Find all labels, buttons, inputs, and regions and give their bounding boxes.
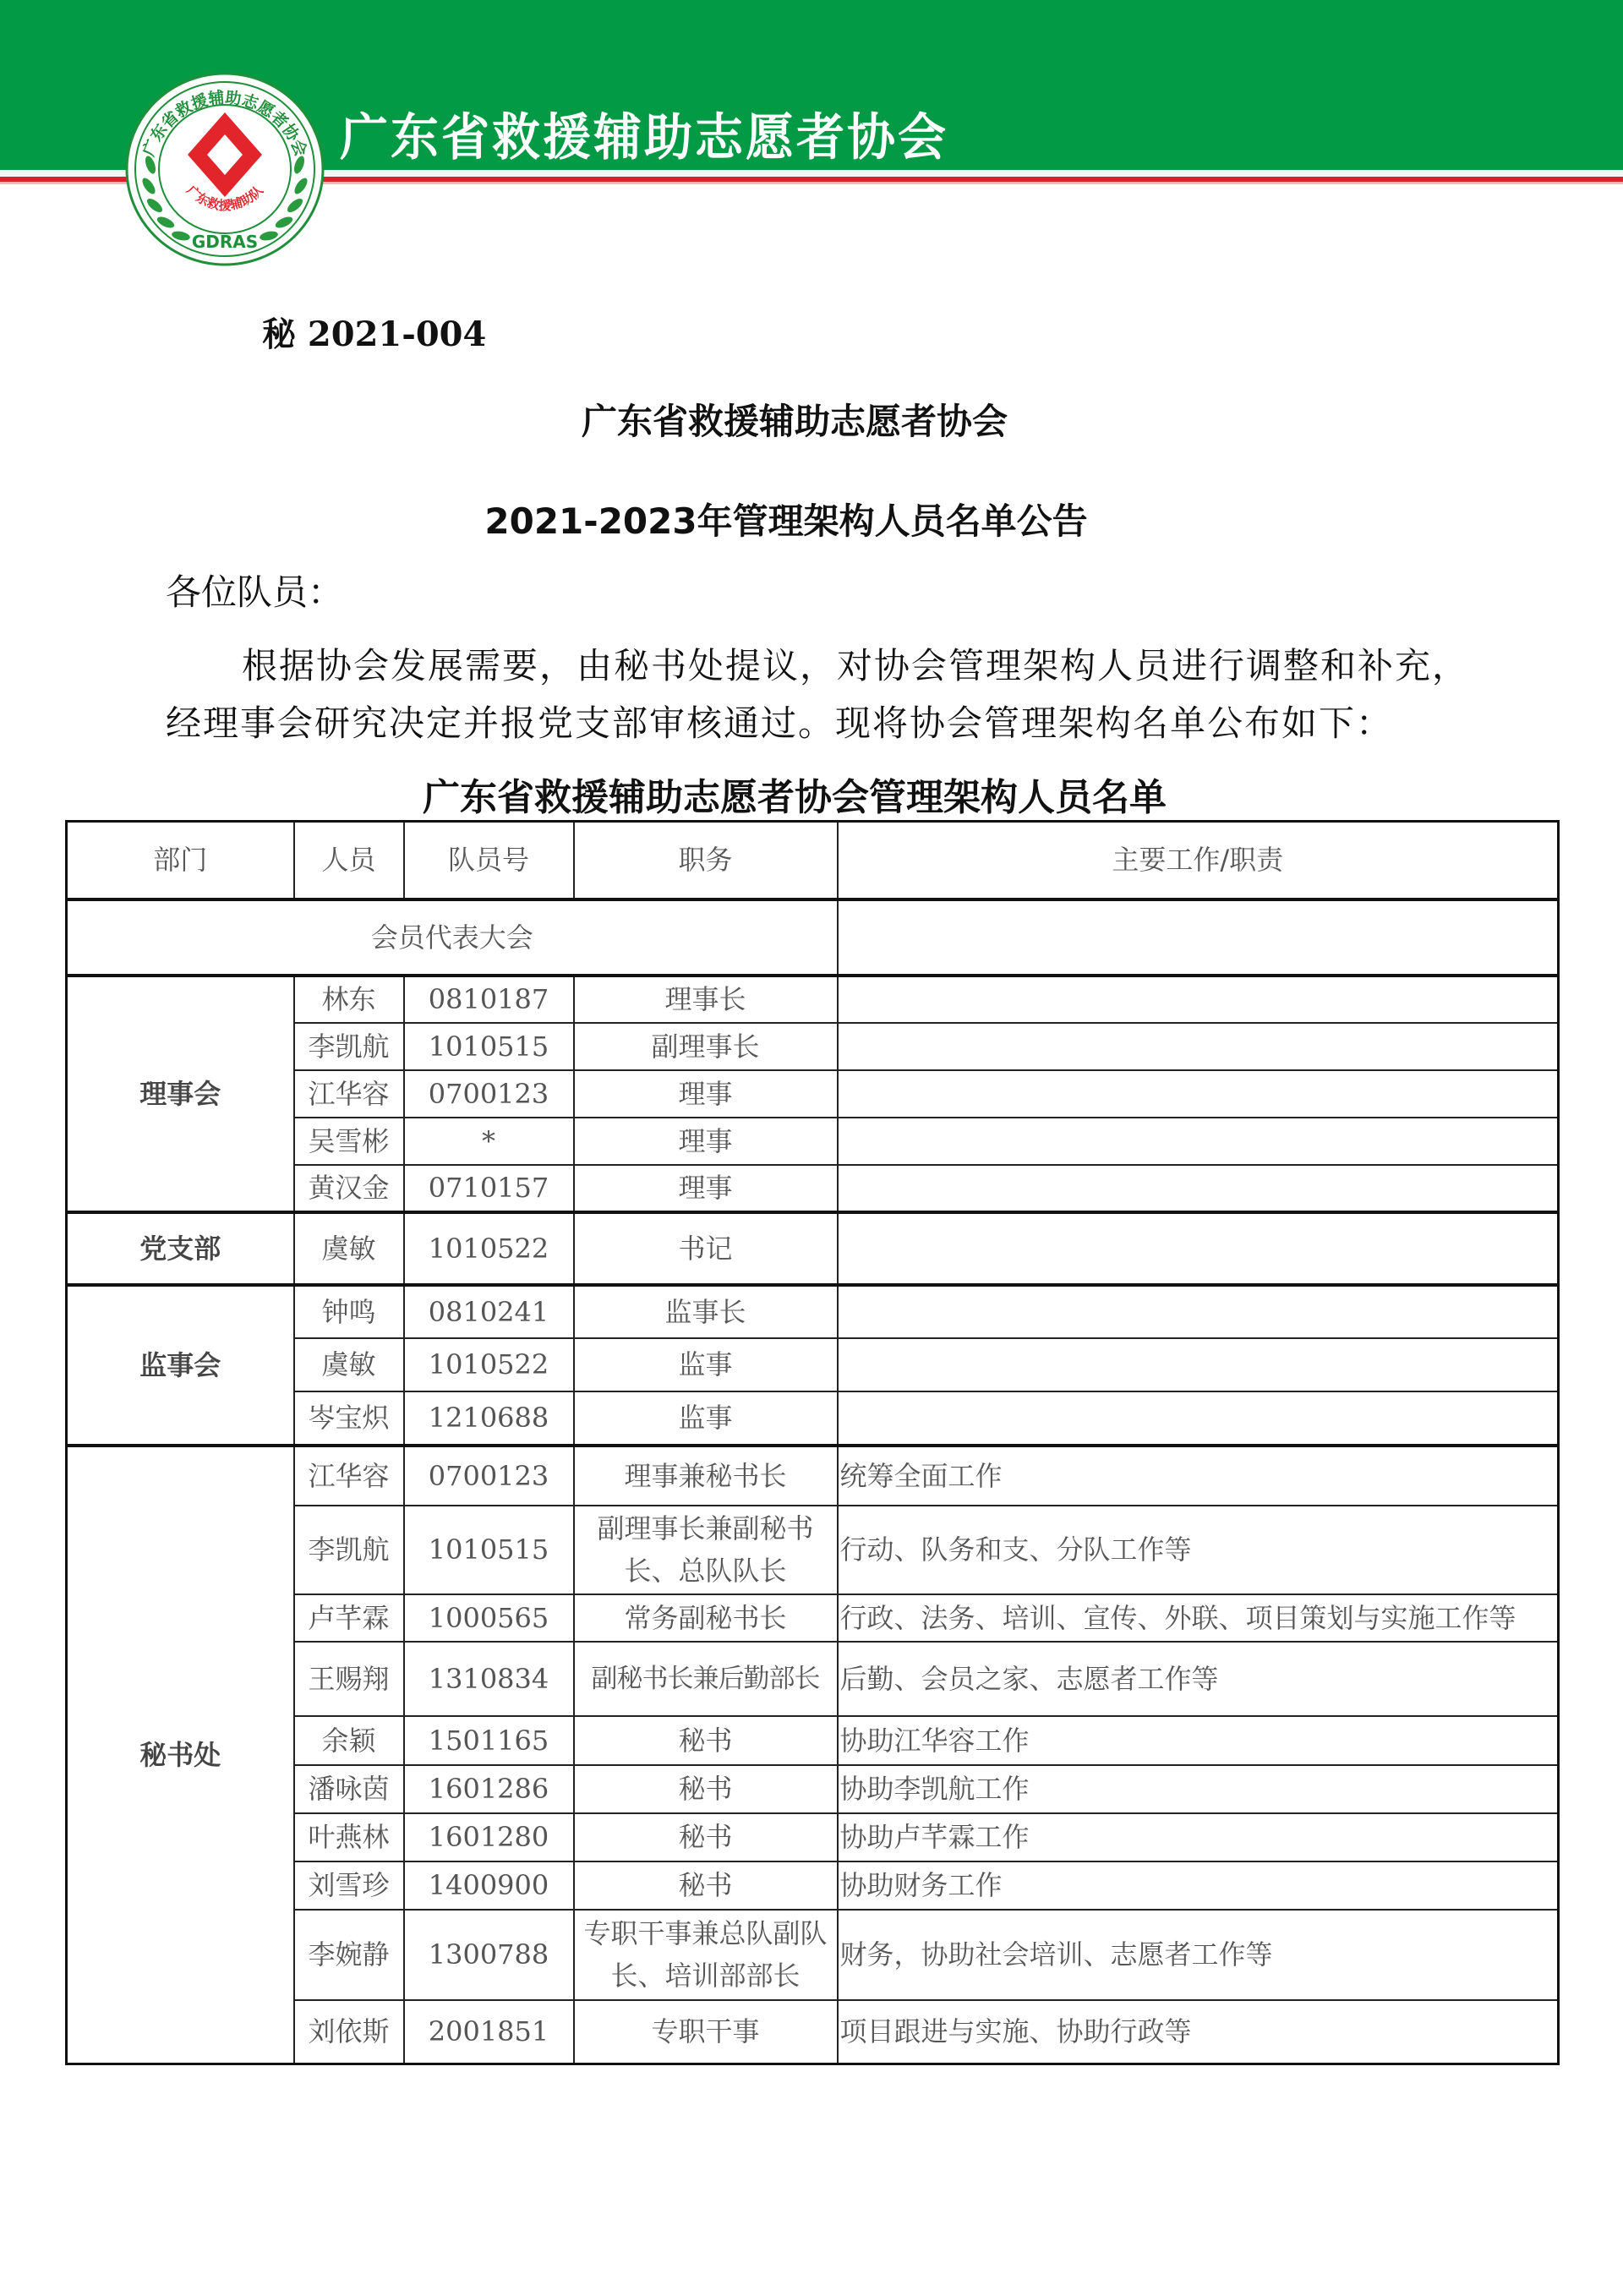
member-id: 1010522 bbox=[404, 1338, 574, 1391]
position: 秘书 bbox=[574, 1765, 838, 1813]
person-name: 林东 bbox=[294, 976, 404, 1023]
department-secretariat: 秘书处 bbox=[67, 1446, 294, 2064]
duty: 协助财务工作 bbox=[838, 1861, 1559, 1910]
person-name: 刘雪珍 bbox=[294, 1861, 404, 1910]
member-id: 1400900 bbox=[404, 1861, 574, 1910]
position: 专职干事兼总队副队长、培训部部长 bbox=[574, 1910, 838, 2000]
position: 监事 bbox=[574, 1391, 838, 1446]
duty bbox=[838, 1023, 1559, 1070]
member-id: 1601280 bbox=[404, 1813, 574, 1861]
person-name: 刘依斯 bbox=[294, 2000, 404, 2064]
person-name: 李凯航 bbox=[294, 1023, 404, 1070]
duty bbox=[838, 1391, 1559, 1446]
table-header-row: 部门 人员 队员号 职务 主要工作/职责 bbox=[67, 822, 1559, 899]
person-name: 虞敏 bbox=[294, 1212, 404, 1285]
assembly-duty bbox=[838, 899, 1559, 976]
member-id: 1010522 bbox=[404, 1212, 574, 1285]
duty: 项目跟进与实施、协助行政等 bbox=[838, 2000, 1559, 2064]
member-id: 0700123 bbox=[404, 1070, 574, 1118]
position: 专职干事 bbox=[574, 2000, 838, 2064]
gdras-logo-icon: 广东省救援辅助志愿者协会 广东救援辅助队 GDRAS bbox=[125, 72, 325, 266]
table-row: 理事会 林东 0810187 理事长 bbox=[67, 976, 1559, 1023]
position: 副秘书长兼后勤部长 bbox=[574, 1642, 838, 1716]
table-row: 监事会 钟鸣 0810241 监事长 bbox=[67, 1285, 1559, 1338]
person-name: 余颖 bbox=[294, 1716, 404, 1765]
person-name: 潘咏茵 bbox=[294, 1765, 404, 1813]
duty bbox=[838, 1285, 1559, 1338]
header-member-id: 队员号 bbox=[404, 822, 574, 899]
assembly-row: 会员代表大会 bbox=[67, 899, 1559, 976]
member-id: 1601286 bbox=[404, 1765, 574, 1813]
person-name: 李婉静 bbox=[294, 1910, 404, 2000]
document-title-announcement: 2021-2023年管理架构人员名单公告 bbox=[0, 494, 1598, 544]
member-id: 0810241 bbox=[404, 1285, 574, 1338]
announcement-paragraph-text: 根据协会发展需要，由秘书处提议，对协会管理架构人员进行调整和补充，经理事会研究决… bbox=[166, 645, 1469, 744]
department-party-branch: 党支部 bbox=[67, 1212, 294, 1285]
table-row: 党支部 虞敏 1010522 书记 bbox=[67, 1212, 1559, 1285]
duty: 后勤、会员之家、志愿者工作等 bbox=[838, 1642, 1559, 1716]
duty: 协助卢芊霖工作 bbox=[838, 1813, 1559, 1861]
member-id: 0700123 bbox=[404, 1446, 574, 1506]
person-name: 虞敏 bbox=[294, 1338, 404, 1391]
position: 理事 bbox=[574, 1118, 838, 1165]
person-name: 江华容 bbox=[294, 1446, 404, 1506]
member-id: 1010515 bbox=[404, 1023, 574, 1070]
department-board: 理事会 bbox=[67, 976, 294, 1212]
header-duty: 主要工作/职责 bbox=[838, 822, 1559, 899]
person-name: 钟鸣 bbox=[294, 1285, 404, 1338]
duty: 协助李凯航工作 bbox=[838, 1765, 1559, 1813]
member-id: 1210688 bbox=[404, 1391, 574, 1446]
person-name: 黄汉金 bbox=[294, 1165, 404, 1212]
person-name: 卢芊霖 bbox=[294, 1594, 404, 1642]
position: 书记 bbox=[574, 1212, 838, 1285]
header-person: 人员 bbox=[294, 822, 404, 899]
position: 秘书 bbox=[574, 1716, 838, 1765]
position: 副理事长兼副秘书长、总队队长 bbox=[574, 1506, 838, 1594]
member-id: 0810187 bbox=[404, 976, 574, 1023]
position: 常务副秘书长 bbox=[574, 1594, 838, 1642]
letterhead-org-name: 广东省救援辅助志愿者协会 bbox=[340, 108, 948, 167]
header-position: 职务 bbox=[574, 822, 838, 899]
duty: 统筹全面工作 bbox=[838, 1446, 1559, 1506]
position: 秘书 bbox=[574, 1813, 838, 1861]
document-title-org: 广东省救援辅助志愿者协会 bbox=[0, 394, 1606, 445]
position: 理事兼秘书长 bbox=[574, 1446, 838, 1506]
person-name: 岑宝炽 bbox=[294, 1391, 404, 1446]
duty bbox=[838, 1070, 1559, 1118]
position: 理事 bbox=[574, 1165, 838, 1212]
duty: 行动、队务和支、分队工作等 bbox=[838, 1506, 1559, 1594]
position: 理事长 bbox=[574, 976, 838, 1023]
position: 秘书 bbox=[574, 1861, 838, 1910]
announcement-paragraph: 根据协会发展需要，由秘书处提议，对协会管理架构人员进行调整和补充，经理事会研究决… bbox=[166, 637, 1484, 752]
person-name: 叶燕林 bbox=[294, 1813, 404, 1861]
member-id: 0710157 bbox=[404, 1165, 574, 1212]
duty: 协助江华容工作 bbox=[838, 1716, 1559, 1765]
salutation: 各位队员： bbox=[166, 565, 343, 615]
member-id: 2001851 bbox=[404, 2000, 574, 2064]
logo-abbr: GDRAS bbox=[192, 232, 258, 252]
duty bbox=[838, 1165, 1559, 1212]
person-name: 王赐翔 bbox=[294, 1642, 404, 1716]
position: 副理事长 bbox=[574, 1023, 838, 1070]
position: 理事 bbox=[574, 1070, 838, 1118]
assembly-label: 会员代表大会 bbox=[67, 899, 838, 976]
person-name: 李凯航 bbox=[294, 1506, 404, 1594]
person-name: 吴雪彬 bbox=[294, 1118, 404, 1165]
table-row: 秘书处 江华容 0700123 理事兼秘书长 统筹全面工作 bbox=[67, 1446, 1559, 1506]
duty bbox=[838, 1338, 1559, 1391]
department-supervisory-board: 监事会 bbox=[67, 1285, 294, 1446]
position: 监事长 bbox=[574, 1285, 838, 1338]
duty: 财务，协助社会培训、志愿者工作等 bbox=[838, 1910, 1559, 2000]
position: 监事 bbox=[574, 1338, 838, 1391]
roster-table: 部门 人员 队员号 职务 主要工作/职责 会员代表大会 理事会 林东 08101… bbox=[65, 820, 1560, 2065]
member-id: 1000565 bbox=[404, 1594, 574, 1642]
person-name: 江华容 bbox=[294, 1070, 404, 1118]
document-number: 秘 2021-004 bbox=[262, 308, 486, 356]
duty: 行政、法务、培训、宣传、外联、项目策划与实施工作等 bbox=[838, 1594, 1559, 1642]
member-id: * bbox=[404, 1118, 574, 1165]
duty bbox=[838, 976, 1559, 1023]
member-id: 1310834 bbox=[404, 1642, 574, 1716]
header-department: 部门 bbox=[67, 822, 294, 899]
duty bbox=[838, 1212, 1559, 1285]
member-id: 1300788 bbox=[404, 1910, 574, 2000]
roster-table-title: 广东省救援辅助志愿者协会管理架构人员名单 bbox=[0, 767, 1606, 821]
member-id: 1010515 bbox=[404, 1506, 574, 1594]
member-id: 1501165 bbox=[404, 1716, 574, 1765]
duty bbox=[838, 1118, 1559, 1165]
